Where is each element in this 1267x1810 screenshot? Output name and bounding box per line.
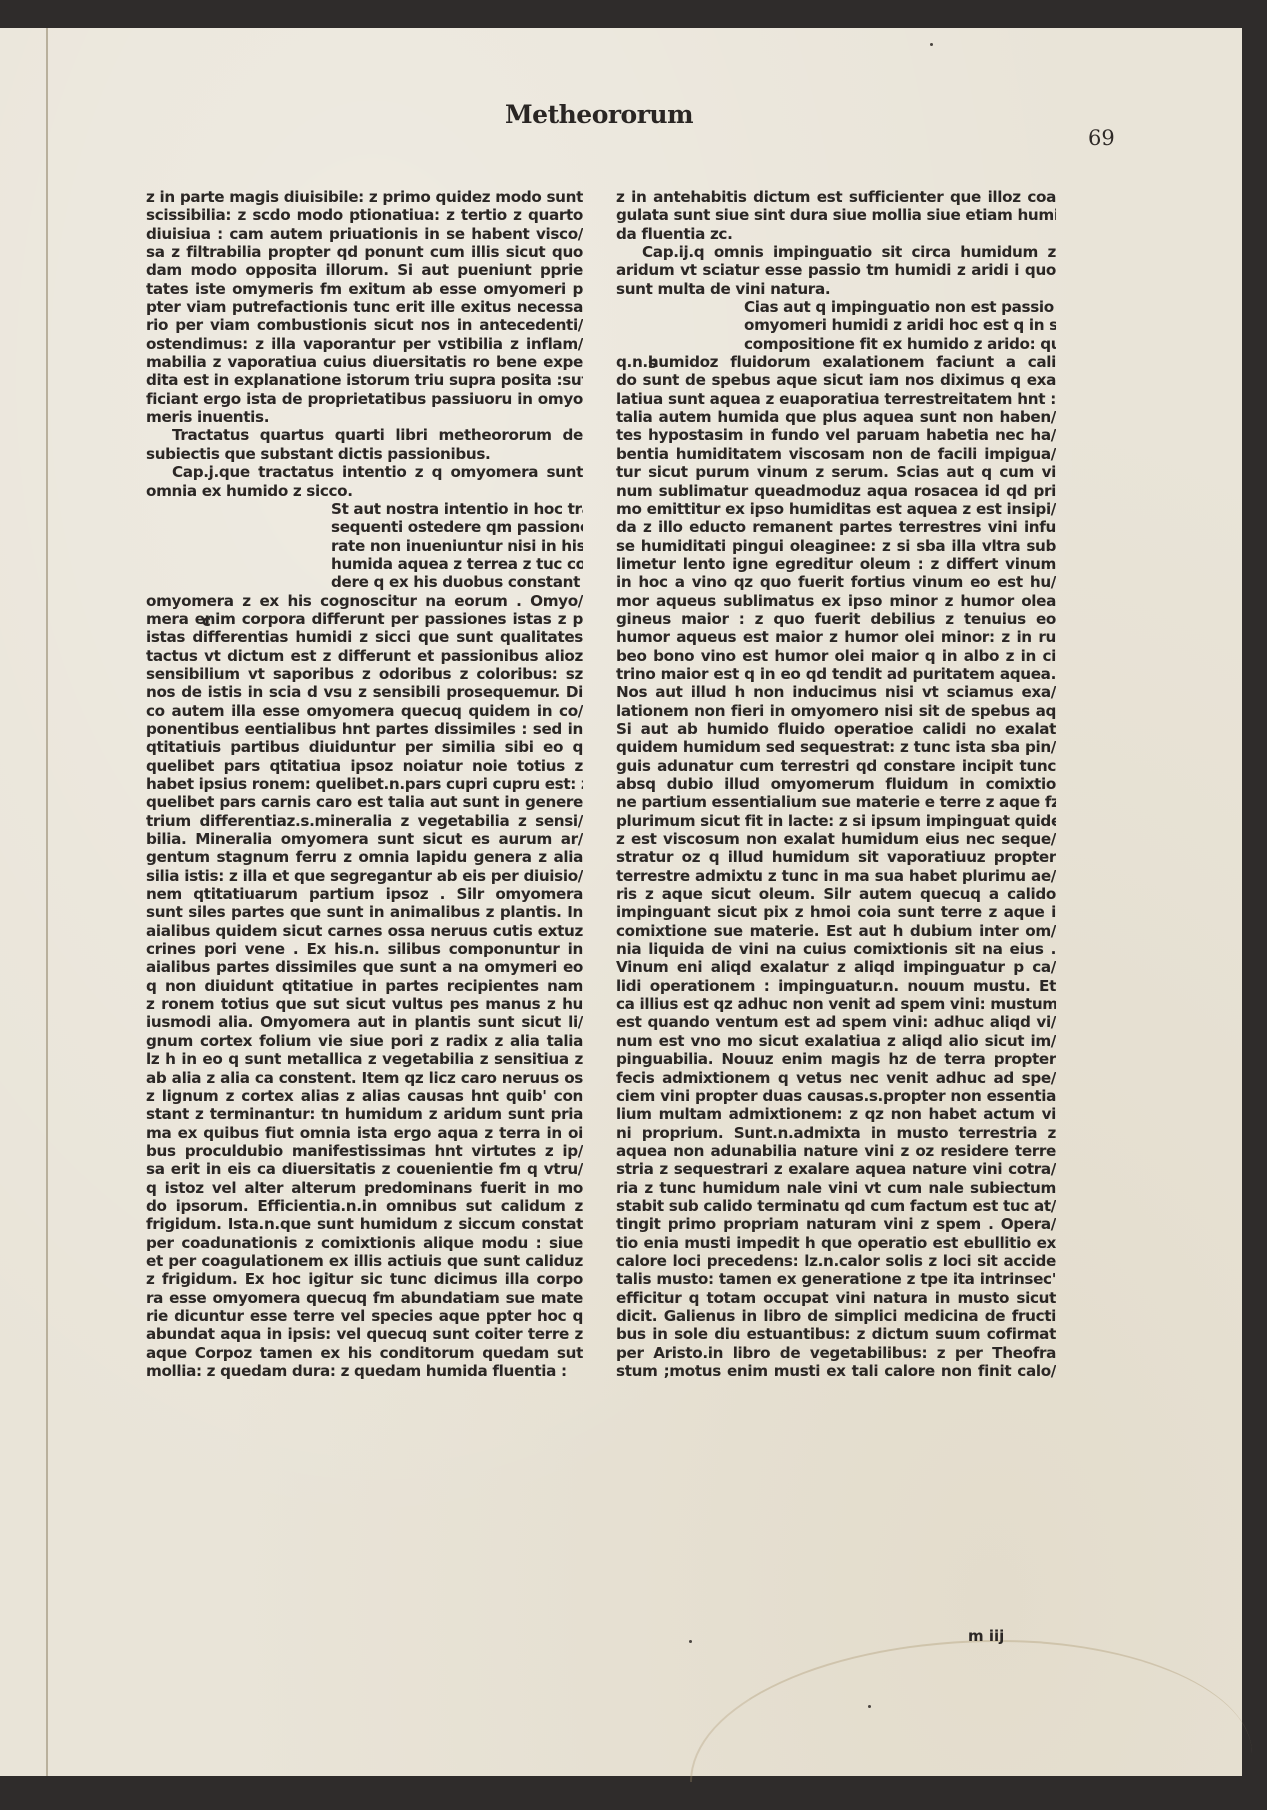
text-line: stabit sub calido terminatu qd cum factu… (616, 1197, 1056, 1215)
text-line: se humiditati pingui oleaginee: z si sba… (616, 537, 1056, 555)
text-line: lz h in eo q sunt metallica z vegetabili… (146, 1050, 583, 1068)
text-line: ab alia z alia ca constent. Item qz licz… (146, 1069, 583, 1087)
text-line: ca illius est qz adhuc non venit ad spem… (616, 995, 1056, 1013)
text-line: tur sicut purum vinum z serum. Scias aut… (616, 463, 1056, 481)
text-line: lium multam admixtionem: z qz non habet … (616, 1105, 1056, 1123)
text-line: crines pori vene . Ex his.n. silibus com… (146, 940, 583, 958)
signature-mark: m iij (968, 1627, 1004, 1645)
text-line: beo bono vino est humor olei maior q in … (616, 647, 1056, 665)
text-line: sunt siles partes que sunt in animalibus… (146, 903, 583, 921)
text-line: scissibilia: z scdo modo ptionatiua: z t… (146, 206, 583, 224)
text-line: ficiant ergo ista de proprietatibus pass… (146, 390, 583, 408)
text-line: meris inuentis. (146, 408, 583, 426)
text-line: q istoz vel alter alterum predominans fu… (146, 1179, 583, 1197)
text-line: num sublimatur queadmoduz aqua rosacea i… (616, 482, 1056, 500)
text-line: Si aut ab humido fluido operatioe calidi… (616, 720, 1056, 738)
folio-number: 69 (1088, 126, 1115, 150)
text-line: rie dicuntur esse terre vel species aque… (146, 1307, 583, 1325)
text-line: per coadunationis z comixtionis alique m… (146, 1234, 583, 1252)
text-line: et per coagulationem ex illis actiuis qu… (146, 1252, 583, 1270)
text-line: Cap.ij.q omnis impinguatio sit circa hum… (616, 243, 1056, 261)
text-line: ne partium essentialium sue materie e te… (616, 793, 1056, 811)
text-line: diuisiua : cam autem priuationis in se h… (146, 225, 583, 243)
text-line: humida aquea z terrea z tuc conclu/ (146, 555, 583, 573)
text-line: mor aqueus sublimatus ex ipso minor z hu… (616, 592, 1056, 610)
text-line: iusmodi alia. Omyomera aut in plantis su… (146, 1013, 583, 1031)
text-line: aialibus quidem sicut carnes ossa neruus… (146, 922, 583, 940)
text-line: abundat aqua in ipsis: vel quecuq sunt c… (146, 1325, 583, 1343)
text-line: nos de istis in scia d vsu z sensibili p… (146, 683, 583, 701)
text-line: est quando ventum est ad spem vini: adhu… (616, 1013, 1056, 1031)
text-line: gineus maior : z quo fuerit debilius z t… (616, 610, 1056, 628)
text-line: in hoc a vino qz quo fuerit fortius vinu… (616, 573, 1056, 591)
text-line: absq dubio illud omyomerum fluidum in co… (616, 775, 1056, 793)
text-line: rate non inueniuntur nisi in his que sut (146, 537, 583, 555)
text-line: ostendimus: z illa vaporantur per vstibi… (146, 335, 583, 353)
gutter-fold-line (46, 28, 48, 1776)
text-line: latiua sunt aquea z euaporatiua terrestr… (616, 390, 1056, 408)
text-line: Nos aut illud h non inducimus nisi vt sc… (616, 683, 1056, 701)
text-line: pinguabilia. Nouuz enim magis hz de terr… (616, 1050, 1056, 1068)
text-line: calore loci precedens: lz.n.calor solis … (616, 1252, 1056, 1270)
text-line: sequenti ostedere qm passiones enume (146, 518, 583, 536)
text-line: subiectis que substant dictis passionibu… (146, 445, 583, 463)
text-line: omyomeri humidi z aridi hoc est q in sua (616, 316, 1056, 334)
text-line: pter viam putrefactionis tunc erit ille … (146, 298, 583, 316)
text-line: tates iste omymeris fm exitum ab esse om… (146, 280, 583, 298)
text-line: dam modo opposita illorum. Si aut pueniu… (146, 261, 583, 279)
text-line: talis musto: tamen ex generatione z tpe … (616, 1270, 1056, 1288)
text-line: qtitatiuis partibus diuiduntur per simil… (146, 738, 583, 756)
text-line: co autem illa esse omyomera quecuq quide… (146, 702, 583, 720)
text-line: z ronem totius que sut sicut vultus pes … (146, 995, 583, 1013)
text-line: da z illo educto remanent partes terrest… (616, 518, 1056, 536)
text-line: quelibet pars qtitatiua ipsoz noiatur no… (146, 757, 583, 775)
ink-speck (868, 1705, 871, 1708)
text-line: z in antehabitis dictum est sufficienter… (616, 188, 1056, 206)
text-line: mollia: z quedam dura: z quedam humida f… (146, 1362, 583, 1380)
text-line: limetur lento igne egreditur oleum : z d… (616, 555, 1056, 573)
text-line: sa erit in eis ca diuersitatis z couenie… (146, 1160, 583, 1178)
text-line: num est vno mo sicut exalatiua z aliqd a… (616, 1032, 1056, 1050)
text-line: tingit primo propriam naturam vini z spe… (616, 1215, 1056, 1233)
text-line: Cap.j.que tractatus intentio z q omyomer… (146, 463, 583, 481)
text-line: Cias aut q impinguatio non est passio ni… (616, 298, 1056, 316)
text-line: bentia humiditatem viscosam non de facil… (616, 445, 1056, 463)
text-line: ponentibus eentialibus hnt partes dissim… (146, 720, 583, 738)
text-line: silia istis: z illa et que segregantur a… (146, 867, 583, 885)
text-line: ra esse omyomera quecuq fm abundatiam su… (146, 1289, 583, 1307)
text-line: habet ipsius ronem: quelibet.n.pars cupr… (146, 775, 583, 793)
text-line: ma ex quibus fiut omnia ista ergo aqua z… (146, 1124, 583, 1142)
text-line: aridum vt sciatur esse passio tm humidi … (616, 261, 1056, 279)
text-line: comixtione sue materie. Est aut h dubium… (616, 922, 1056, 940)
text-line: mabilia z vaporatiua cuius diuersitatis … (146, 353, 583, 371)
text-line: frigidum. Ista.n.que sunt humidum z sicc… (146, 1215, 583, 1233)
text-line: aialibus partes dissimiles que sunt a na… (146, 958, 583, 976)
text-line: q.n.humidoz fluidorum exalationem faciun… (616, 353, 1056, 371)
text-line: talia autem humida que plus aquea sunt n… (616, 408, 1056, 426)
text-line: St aut nostra intentio in hoc tractatu (146, 500, 583, 518)
text-line: q non diuidunt qtitatiue in partes recip… (146, 977, 583, 995)
text-line: stum ;motus enim musti ex tali calore no… (616, 1362, 1056, 1380)
text-line: z in parte magis diuisibile: z primo qui… (146, 188, 583, 206)
text-line: humor aqueus est maior z humor olei mino… (616, 628, 1056, 646)
text-line: Tractatus quartus quarti libri metheoror… (146, 426, 583, 444)
text-column-left: z in parte magis diuisibile: z primo qui… (146, 188, 583, 1380)
text-line: per Aristo.in libro de vegetabilibus: z … (616, 1344, 1056, 1362)
text-line: stant z terminantur: tn humidum z aridum… (146, 1105, 583, 1123)
text-line: do ipsorum. Efficientia.n.in omnibus sut… (146, 1197, 583, 1215)
text-line: sunt multa de vini natura. (616, 280, 1056, 298)
text-line: gnum cortex folium vie siue pori z radix… (146, 1032, 583, 1050)
text-line: mo emittitur ex ipso humiditas est aquea… (616, 500, 1056, 518)
text-line: ni proprium. Sunt.n.admixta in musto ter… (616, 1124, 1056, 1142)
text-line: omyomera z ex his cognoscitur na eorum .… (146, 592, 583, 610)
text-line: z est viscosum non exalat humidum eius n… (616, 830, 1056, 848)
text-line: da fluentia zc. (616, 225, 1056, 243)
ink-speck (689, 1640, 692, 1643)
text-line: Vinum eni aliqd exalatur z aliqd impingu… (616, 958, 1056, 976)
text-line: lidi operationem : impinguatur.n. nouum … (616, 977, 1056, 995)
text-line: stria z sequestrari z exalare aquea natu… (616, 1160, 1056, 1178)
text-line: bilia. Mineralia omyomera sunt sicut es … (146, 830, 583, 848)
text-line: compositione fit ex humido z arido: quec… (616, 335, 1056, 353)
ink-speck (930, 43, 933, 46)
text-line: trino maior est q in eo qd tendit ad pur… (616, 665, 1056, 683)
text-line: dicit. Galienus in libro de simplici med… (616, 1307, 1056, 1325)
text-line: bus proculdubio manifestissimas hnt virt… (146, 1142, 583, 1160)
text-line: fecis admixtionem q vetus nec venit adhu… (616, 1069, 1056, 1087)
text-line: nia liquida de vini na cuius comixtionis… (616, 940, 1056, 958)
running-head: Metheororum (505, 100, 693, 129)
text-line: ciem vini propter duas causas.s.propter … (616, 1087, 1056, 1105)
text-line: sa z filtrabilia propter qd ponunt cum i… (146, 243, 583, 261)
text-line: stratur oz q illud humidum sit vaporatiu… (616, 848, 1056, 866)
text-line: gentum stagnum ferru z omnia lapidu gene… (146, 848, 583, 866)
text-line: sensibilium vt saporibus z odoribus z co… (146, 665, 583, 683)
text-line: z lignum z cortex alias z alias causas h… (146, 1087, 583, 1105)
text-line: z frigidum. Ex hoc igitur sic tunc dicim… (146, 1270, 583, 1288)
text-line: omnia ex humido z sicco. (146, 482, 583, 500)
text-column-right: z in antehabitis dictum est sufficienter… (616, 188, 1056, 1380)
text-line: tes hypostasim in fundo vel paruam habet… (616, 426, 1056, 444)
text-line: do sunt de spebus aque sicut iam nos dix… (616, 371, 1056, 389)
text-line: guis adunatur cum terrestri qd constare … (616, 757, 1056, 775)
text-line: quelibet pars carnis caro est talia aut … (146, 793, 583, 811)
text-line: plurimum sicut fit in lacte: z si ipsum … (616, 812, 1056, 830)
text-line: tio enia musti impedit h que operatio es… (616, 1234, 1056, 1252)
text-line: efficitur q totam occupat vini natura in… (616, 1289, 1056, 1307)
text-line: mera enim corpora differunt per passione… (146, 610, 583, 628)
text-line: rio per viam combustionis sicut nos in a… (146, 316, 583, 334)
text-line: aquea non adunabilia nature vini z oz re… (616, 1142, 1056, 1160)
text-line: gulata sunt siue sint dura siue mollia s… (616, 206, 1056, 224)
text-line: nem qtitatiuarum partium ipsoz . Silr om… (146, 885, 583, 903)
text-line: bus in sole diu estuantibus: z dictum su… (616, 1325, 1056, 1343)
text-line: lationem non fieri in omyomero nisi sit … (616, 702, 1056, 720)
text-line: ris z aque sicut oleum. Silr autem quecu… (616, 885, 1056, 903)
text-line: dita est in explanatione istorum triu su… (146, 371, 583, 389)
text-line: tactus vt dictum est z differunt et pass… (146, 647, 583, 665)
text-line: impinguant sicut pix z hmoi coia sunt te… (616, 903, 1056, 921)
text-line: terrestre admixtu z tunc in ma sua habet… (616, 867, 1056, 885)
text-line: ria z tunc humidum nale vini vt cum nale… (616, 1179, 1056, 1197)
text-line: trium differentiaz.s.mineralia z vegetab… (146, 812, 583, 830)
text-line: quidem humidum sed sequestrat: z tunc is… (616, 738, 1056, 756)
text-line: istas differentias humidi z sicci que su… (146, 628, 583, 646)
text-line: aque Corpoz tamen ex his conditorum qued… (146, 1344, 583, 1362)
text-line: dere q ex his duobus constant omnia (146, 573, 583, 591)
